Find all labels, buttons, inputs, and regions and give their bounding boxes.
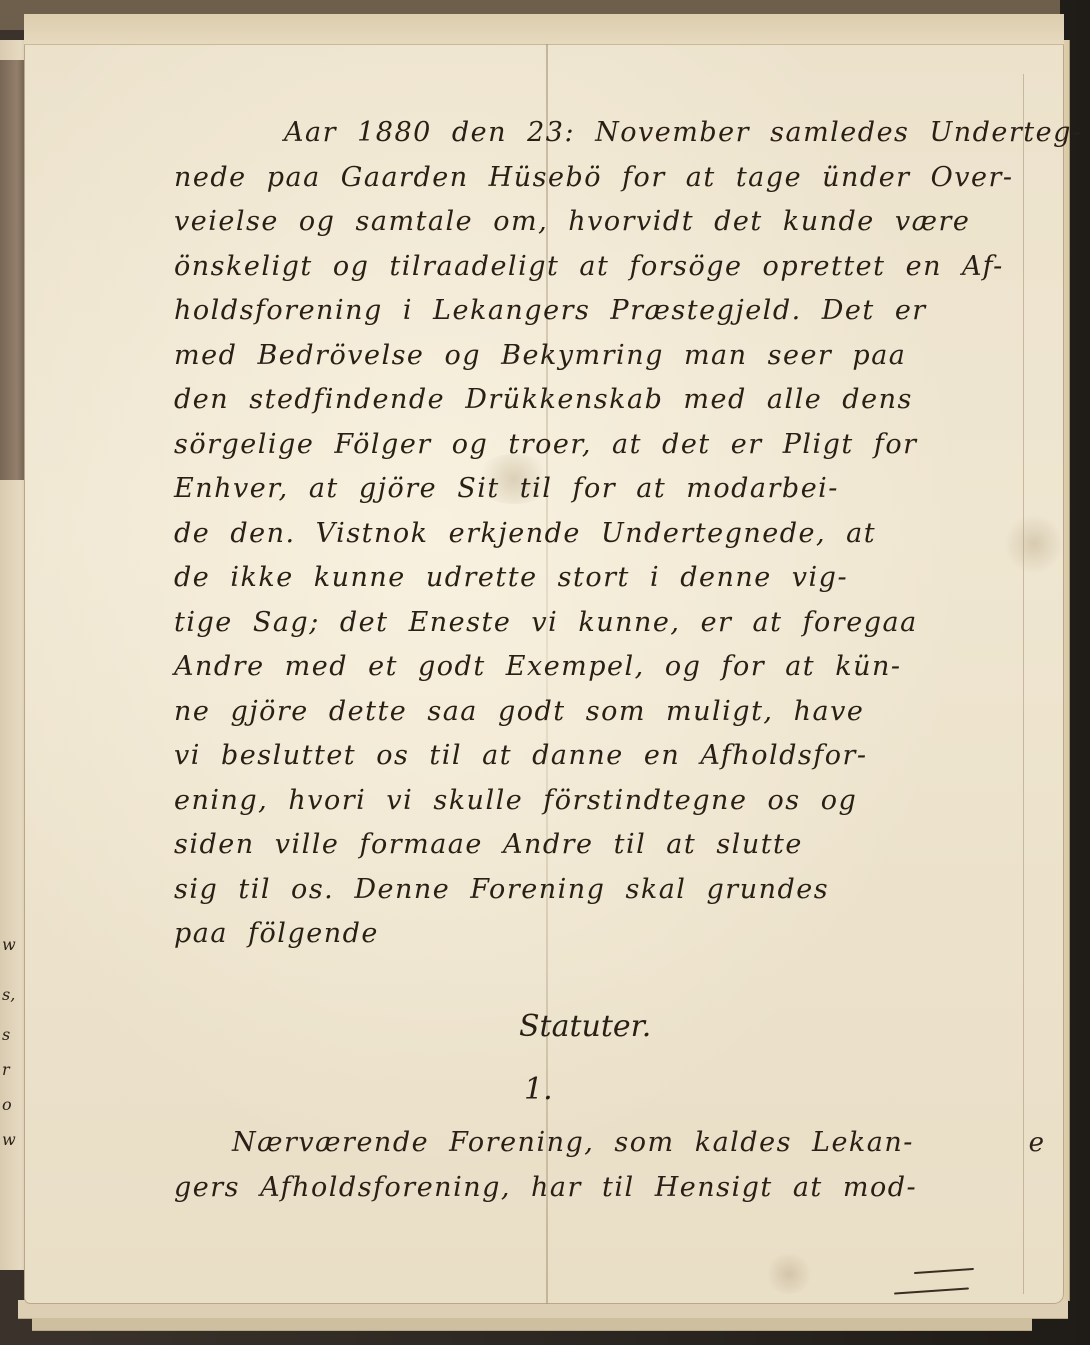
text-line: de den. Vistnok erkjende Undertegnede, a… <box>174 520 1034 565</box>
manuscript-page: Aar 1880 den 23: November samledes Under… <box>24 14 1064 1304</box>
facing-page-fragment: r <box>2 1060 10 1079</box>
manuscript-body: Aar 1880 den 23: November samledes Under… <box>174 119 1034 965</box>
text-line: siden ville formaae Andre til at slutte <box>174 831 1034 876</box>
text-line: den stedfindende Drükkenskab med alle de… <box>174 386 1034 431</box>
text-line: sig til os. Denne Forening skal grundes <box>174 876 1034 921</box>
text-line: ne gjöre dette saa godt som muligt, have <box>174 698 1034 743</box>
article-number: 1. <box>524 1072 553 1107</box>
torn-top-margin <box>24 14 1064 45</box>
text-line: de ikke kunne udrette stort i denne vig- <box>174 564 1034 609</box>
text-line: paa fölgende <box>174 920 1034 965</box>
text-line: ening, hvori vi skulle förstindtegne os … <box>174 787 1034 832</box>
article-body: Nærværende Forening, som kaldes Lekan- g… <box>174 1129 1034 1218</box>
text-line: tige Sag; det Eneste vi kunne, er at for… <box>174 609 1034 654</box>
facing-page-fragment: s <box>2 1025 10 1044</box>
facing-page-fragment: w <box>2 1130 16 1149</box>
section-heading: Statuter. <box>519 1009 651 1044</box>
text-line: Andre med et godt Exempel, og for at kün… <box>174 653 1034 698</box>
text-line: Enhver, at gjöre Sit til for at modarbei… <box>174 475 1034 520</box>
text-line: Nærværende Forening, som kaldes Lekan- <box>174 1129 1034 1174</box>
facing-page-fragment: s, <box>2 985 15 1004</box>
facing-page-fragment: w <box>2 935 16 954</box>
text-line: holdsforening i Lekangers Præstegjeld. D… <box>174 297 1034 342</box>
text-line: Aar 1880 den 23: November samledes Under… <box>174 119 1034 164</box>
margin-letter: e <box>1029 1128 1044 1158</box>
text-line: sörgelige Fölger og troer, at det er Pli… <box>174 431 1034 476</box>
text-line: önskeligt og tilraadeligt at forsöge opr… <box>174 253 1034 298</box>
text-line: veielse og samtale om, hvorvidt det kund… <box>174 208 1034 253</box>
scan-background: w s, s r o w Aar 1880 den 23: November s… <box>0 0 1090 1345</box>
page-stack-bottom-edge <box>32 1318 1032 1331</box>
end-flourish <box>914 1268 974 1274</box>
text-line: gers Afholdsforening, har til Hensigt at… <box>174 1174 1034 1219</box>
text-line: vi besluttet os til at danne en Afholdsf… <box>174 742 1034 787</box>
text-line: nede paa Gaarden Hüsebö for at tage ünde… <box>174 164 1034 209</box>
facing-page-fragment: o <box>2 1095 12 1114</box>
end-flourish <box>894 1287 969 1294</box>
text-line: med Bedrövelse og Bekymring man seer paa <box>174 342 1034 387</box>
paper-stain <box>764 1254 814 1294</box>
